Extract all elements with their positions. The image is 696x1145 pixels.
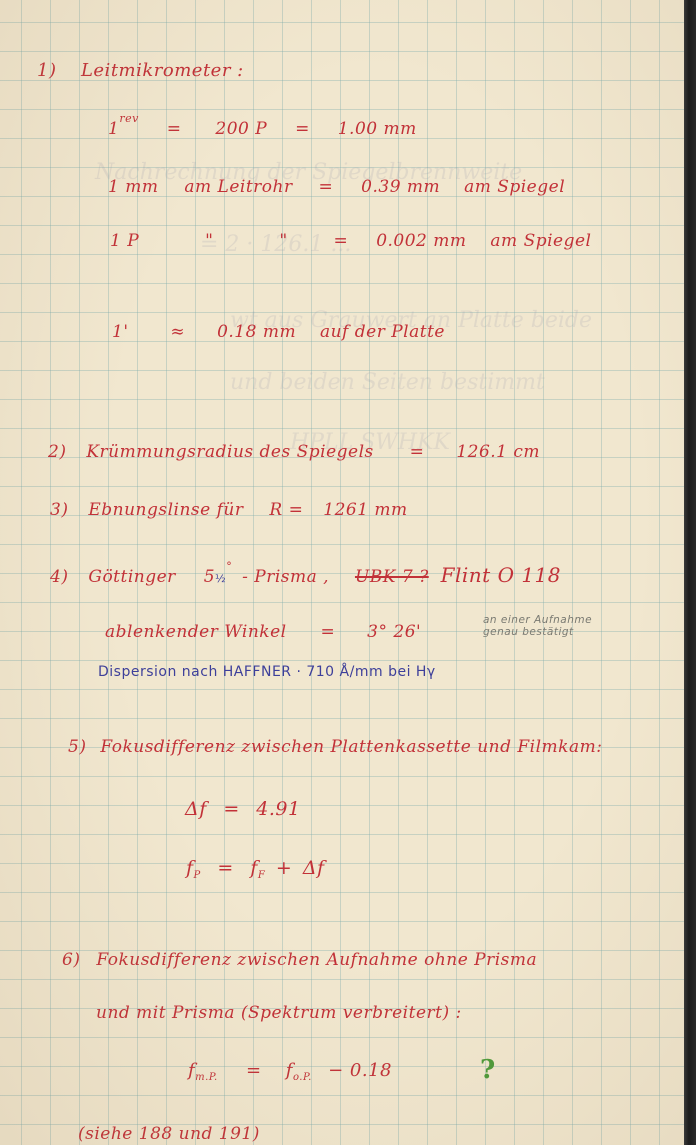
pencil-note-line: genau bestätigt bbox=[483, 626, 592, 638]
section-number: 5) bbox=[68, 737, 86, 757]
section-5-heading: 5) Fokusdifferenz zwischen Plattenkasset… bbox=[68, 737, 602, 757]
phrase: am Leitrohr bbox=[184, 177, 292, 197]
lhs: Δf bbox=[185, 798, 207, 820]
lhs: 1 bbox=[108, 119, 119, 139]
equals: = bbox=[410, 442, 425, 462]
superscript-rev: rev bbox=[119, 112, 138, 125]
equals: = bbox=[223, 798, 239, 820]
plus: + bbox=[276, 857, 292, 879]
value: 4.91 bbox=[256, 798, 300, 820]
value: 0.002 mm bbox=[376, 231, 466, 251]
value: 1.00 mm bbox=[338, 119, 417, 139]
section-number: 4) bbox=[50, 567, 68, 587]
section-2-line: 2) Krümmungsradius des Spiegels = 126.1 … bbox=[48, 442, 540, 462]
angle: 5 bbox=[204, 567, 215, 587]
value: 0.39 mm bbox=[361, 177, 440, 197]
equals: = bbox=[246, 1060, 262, 1081]
equals: = bbox=[319, 177, 334, 197]
subscript: F bbox=[258, 870, 265, 881]
ditto-mark: " bbox=[279, 231, 287, 251]
arcminute-row: 1' ≈ 0.18 mm auf der Platte bbox=[112, 322, 445, 342]
section-6-heading-line-1: 6) Fokusdifferenz zwischen Aufnahme ohne… bbox=[62, 950, 537, 970]
tail: am Spiegel bbox=[490, 231, 591, 251]
label: Krümmungsradius des Spiegels bbox=[86, 442, 373, 462]
equals: = bbox=[321, 622, 336, 642]
label: ablenkender Winkel bbox=[105, 622, 287, 642]
section-number: 1) bbox=[37, 60, 56, 81]
term: Δf bbox=[303, 857, 325, 879]
reference-note: (siehe 188 und 191) bbox=[78, 1124, 260, 1144]
prism-focus-equation: fm.P. = fo.P. − 0.18 bbox=[188, 1060, 392, 1083]
value: 3° 26' bbox=[367, 622, 421, 642]
micrometer-mm-row: 1 mm am Leitrohr = 0.39 mm am Spiegel bbox=[108, 177, 565, 197]
section-title: Fokusdifferenz zwischen Plattenkassette … bbox=[100, 737, 602, 757]
section-title: Leitmikrometer : bbox=[81, 60, 244, 81]
section-title: Fokusdifferenz zwischen Aufnahme ohne Pr… bbox=[96, 950, 537, 970]
bleed-through-text: und beiden Seiten bestimmt bbox=[230, 370, 545, 395]
glass-type: Flint O 118 bbox=[441, 563, 561, 587]
micrometer-p-row: 1 P " " = 0.002 mm am Spiegel bbox=[110, 231, 592, 251]
equals: = bbox=[295, 119, 310, 139]
term: − 0.18 bbox=[328, 1060, 392, 1081]
fraction: ½ bbox=[215, 572, 226, 585]
subscript: m.P. bbox=[195, 1072, 218, 1083]
lhs: 1 mm bbox=[108, 177, 158, 197]
notebook-binding-edge bbox=[684, 0, 696, 1145]
lhs: 1 P bbox=[110, 231, 139, 251]
deviation-angle-line: ablenkender Winkel = 3° 26' bbox=[105, 622, 421, 642]
prism-label: - Prisma , bbox=[242, 567, 329, 587]
degree: ° bbox=[226, 560, 232, 573]
value: 126.1 cm bbox=[456, 442, 540, 462]
tail: auf der Platte bbox=[320, 322, 445, 342]
section-number: 6) bbox=[62, 950, 80, 970]
section-6-heading-line-2: und mit Prisma (Spektrum verbreitert) : bbox=[96, 1003, 462, 1023]
label: Ebnungslinse für bbox=[88, 500, 243, 520]
value: 1261 mm bbox=[323, 500, 407, 520]
delta-f-equation: Δf = 4.91 bbox=[185, 798, 301, 820]
equals: = bbox=[217, 857, 233, 879]
lhs: 1' bbox=[112, 322, 129, 342]
term: f bbox=[286, 1060, 293, 1081]
variable: R = bbox=[269, 500, 303, 520]
subscript: P bbox=[194, 870, 201, 881]
value: 0.18 mm bbox=[217, 322, 296, 342]
micrometer-rev-row: 1rev = 200 P = 1.00 mm bbox=[108, 112, 417, 139]
equals: = bbox=[167, 119, 182, 139]
pencil-annotation: an einer Aufnahme genau bestätigt bbox=[483, 614, 592, 638]
section-1-heading: 1) Leitmikrometer : bbox=[37, 60, 244, 81]
green-question-mark: ? bbox=[480, 1055, 496, 1085]
notebook-page: Nachrechnung der Spiegelbrennweite = 2 ·… bbox=[0, 0, 684, 1145]
ditto-mark: " bbox=[205, 231, 213, 251]
pencil-note-line: an einer Aufnahme bbox=[483, 614, 592, 626]
dispersion-note: Dispersion nach HAFFNER · 710 Å/mm bei H… bbox=[98, 664, 436, 680]
value: 200 P bbox=[215, 119, 267, 139]
section-number: 2) bbox=[48, 442, 66, 462]
approx-equals: ≈ bbox=[170, 322, 185, 342]
fp-equation: fP = fF + Δf bbox=[186, 857, 325, 881]
lhs: f bbox=[186, 857, 194, 879]
term: f bbox=[250, 857, 258, 879]
tail: am Spiegel bbox=[464, 177, 565, 197]
label: Göttinger bbox=[88, 567, 175, 587]
struck-text: UBK 7 ? bbox=[355, 567, 429, 587]
section-number: 3) bbox=[50, 500, 68, 520]
section-3-line: 3) Ebnungslinse für R = 1261 mm bbox=[50, 500, 408, 520]
equals: = bbox=[334, 231, 349, 251]
section-4-line: 4) Göttinger 5½° - Prisma , UBK 7 ? Flin… bbox=[50, 560, 561, 587]
subscript: o.P. bbox=[293, 1072, 312, 1083]
